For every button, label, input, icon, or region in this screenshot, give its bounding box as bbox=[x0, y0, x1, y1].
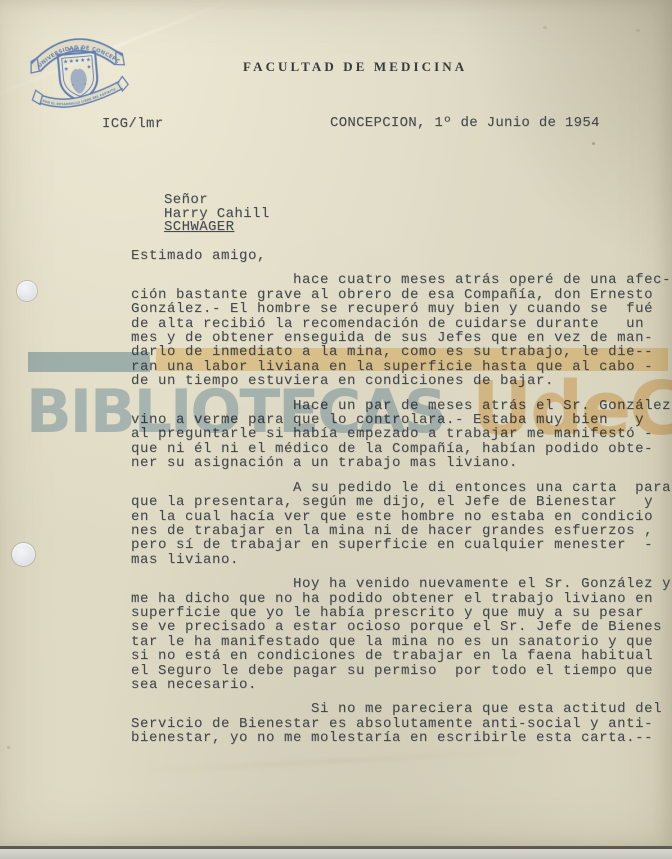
seal-country-label: CHILE bbox=[68, 47, 83, 54]
paper-speck bbox=[592, 142, 595, 145]
recipient-block: Señor Harry Cahill SCHWAGER bbox=[164, 194, 270, 235]
letterhead-title: FACULTAD DE MEDICINA bbox=[243, 59, 467, 75]
recipient-company: SCHWAGER bbox=[164, 221, 270, 235]
paper-speck bbox=[7, 746, 10, 749]
letter-paragraph-3: A su pedido le di entonces una carta par… bbox=[131, 481, 672, 567]
letter-salutation: Estimado amigo, bbox=[131, 249, 672, 263]
letter-page: UNIVERSIDAD DE CONCEPCION CHILE POR EL D… bbox=[0, 0, 672, 849]
letter-paragraph-4: Hoy ha venido nuevamente el Sr. González… bbox=[131, 577, 672, 692]
scan-backdrop-edge bbox=[0, 849, 672, 859]
punch-hole bbox=[17, 281, 37, 301]
library-watermark: BIBLIOTECAS bbox=[26, 382, 445, 442]
letter-paragraph-5: Si no me pareciera que esta actitud del … bbox=[131, 702, 672, 745]
udec-brand-watermark: UdeC bbox=[472, 372, 672, 446]
punch-hole bbox=[12, 543, 35, 566]
paper-speck bbox=[636, 29, 640, 32]
date-line: CONCEPCION, 1º de Junio de 1954 bbox=[330, 115, 600, 131]
letter-body: Estimado amigo, hace cuatro meses atrás … bbox=[131, 249, 672, 756]
university-seal-stamp: UNIVERSIDAD DE CONCEPCION CHILE POR EL D… bbox=[22, 16, 135, 129]
paper-speck bbox=[543, 26, 547, 29]
